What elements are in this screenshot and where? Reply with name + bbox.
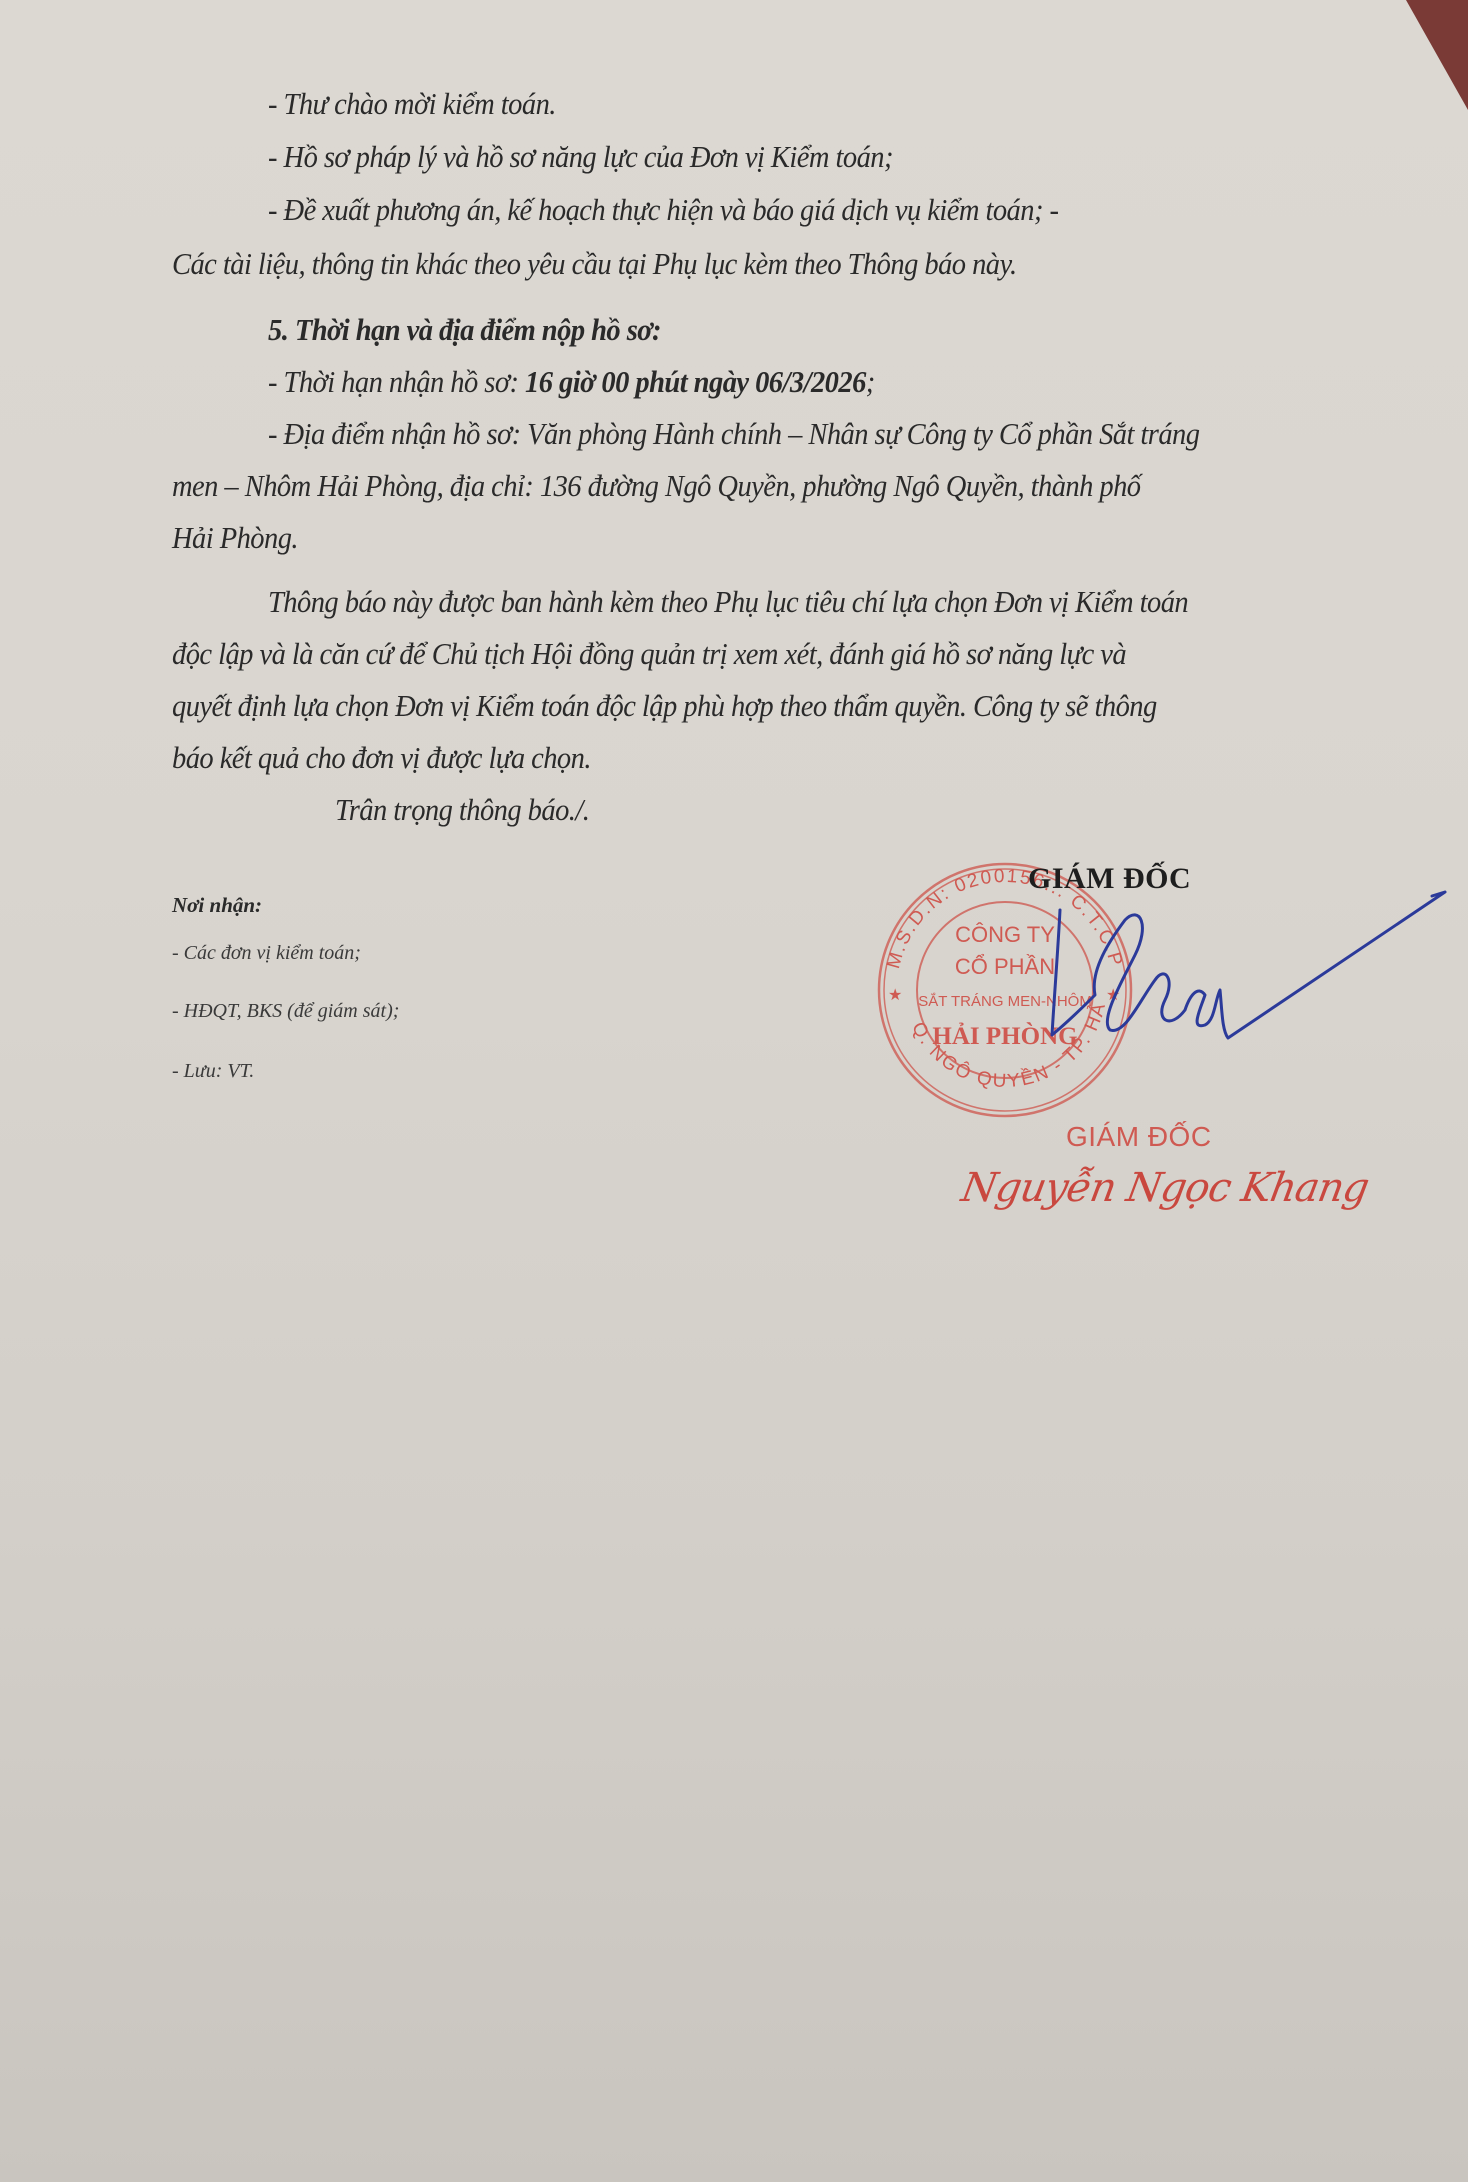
location-line-2: men – Nhôm Hải Phòng, địa chỉ: 136 đường… [172, 468, 1141, 504]
deadline-line: - Thời hạn nhận hồ sơ: 16 giờ 00 phút ng… [268, 364, 875, 400]
handwritten-signature-icon [1000, 870, 1468, 1070]
closing-line-4: báo kết quả cho đơn vị được lựa chọn. [172, 740, 591, 776]
regards: Trân trọng thông báo./. [335, 792, 589, 828]
stamp-signer-name: Nguyễn Ngọc Khang [958, 1165, 1372, 1211]
background-corner [1406, 0, 1468, 110]
svg-text:★: ★ [888, 987, 902, 1004]
deadline-end: ; [866, 364, 875, 399]
stamp-role: GIÁM ĐỐC [1066, 1121, 1212, 1153]
deadline-value: 16 giờ 00 phút ngày 06/3/2026 [525, 364, 866, 399]
location-line-1: - Địa điểm nhận hồ sơ: Văn phòng Hành ch… [268, 416, 1199, 452]
deadline-label: - Thời hạn nhận hồ sơ: [268, 364, 525, 399]
bullet-proposal: - Đề xuất phương án, kế hoạch thực hiện … [268, 192, 1058, 228]
bullet-legal-docs: - Hồ sơ pháp lý và hồ sơ năng lực của Đơ… [268, 139, 893, 175]
bullet-invitation-letter: - Thư chào mời kiểm toán. [268, 86, 556, 122]
closing-line-1: Thông báo này được ban hành kèm theo Phụ… [268, 584, 1188, 620]
recipient-item: - HĐQT, BKS (để giám sát); [172, 1000, 399, 1023]
recipient-item: - Các đơn vị kiểm toán; [172, 942, 361, 965]
bullet-other-docs: Các tài liệu, thông tin khác theo yêu cầ… [172, 246, 1017, 282]
section-5-heading: 5. Thời hạn và địa điểm nộp hồ sơ: [268, 312, 661, 348]
closing-line-3: quyết định lựa chọn Đơn vị Kiểm toán độc… [172, 688, 1157, 724]
location-line-3: Hải Phòng. [172, 520, 298, 556]
recipients-heading: Nơi nhận: [172, 893, 262, 918]
recipient-item: - Lưu: VT. [172, 1060, 254, 1083]
closing-line-2: độc lập và là căn cứ để Chủ tịch Hội đồn… [172, 636, 1126, 672]
